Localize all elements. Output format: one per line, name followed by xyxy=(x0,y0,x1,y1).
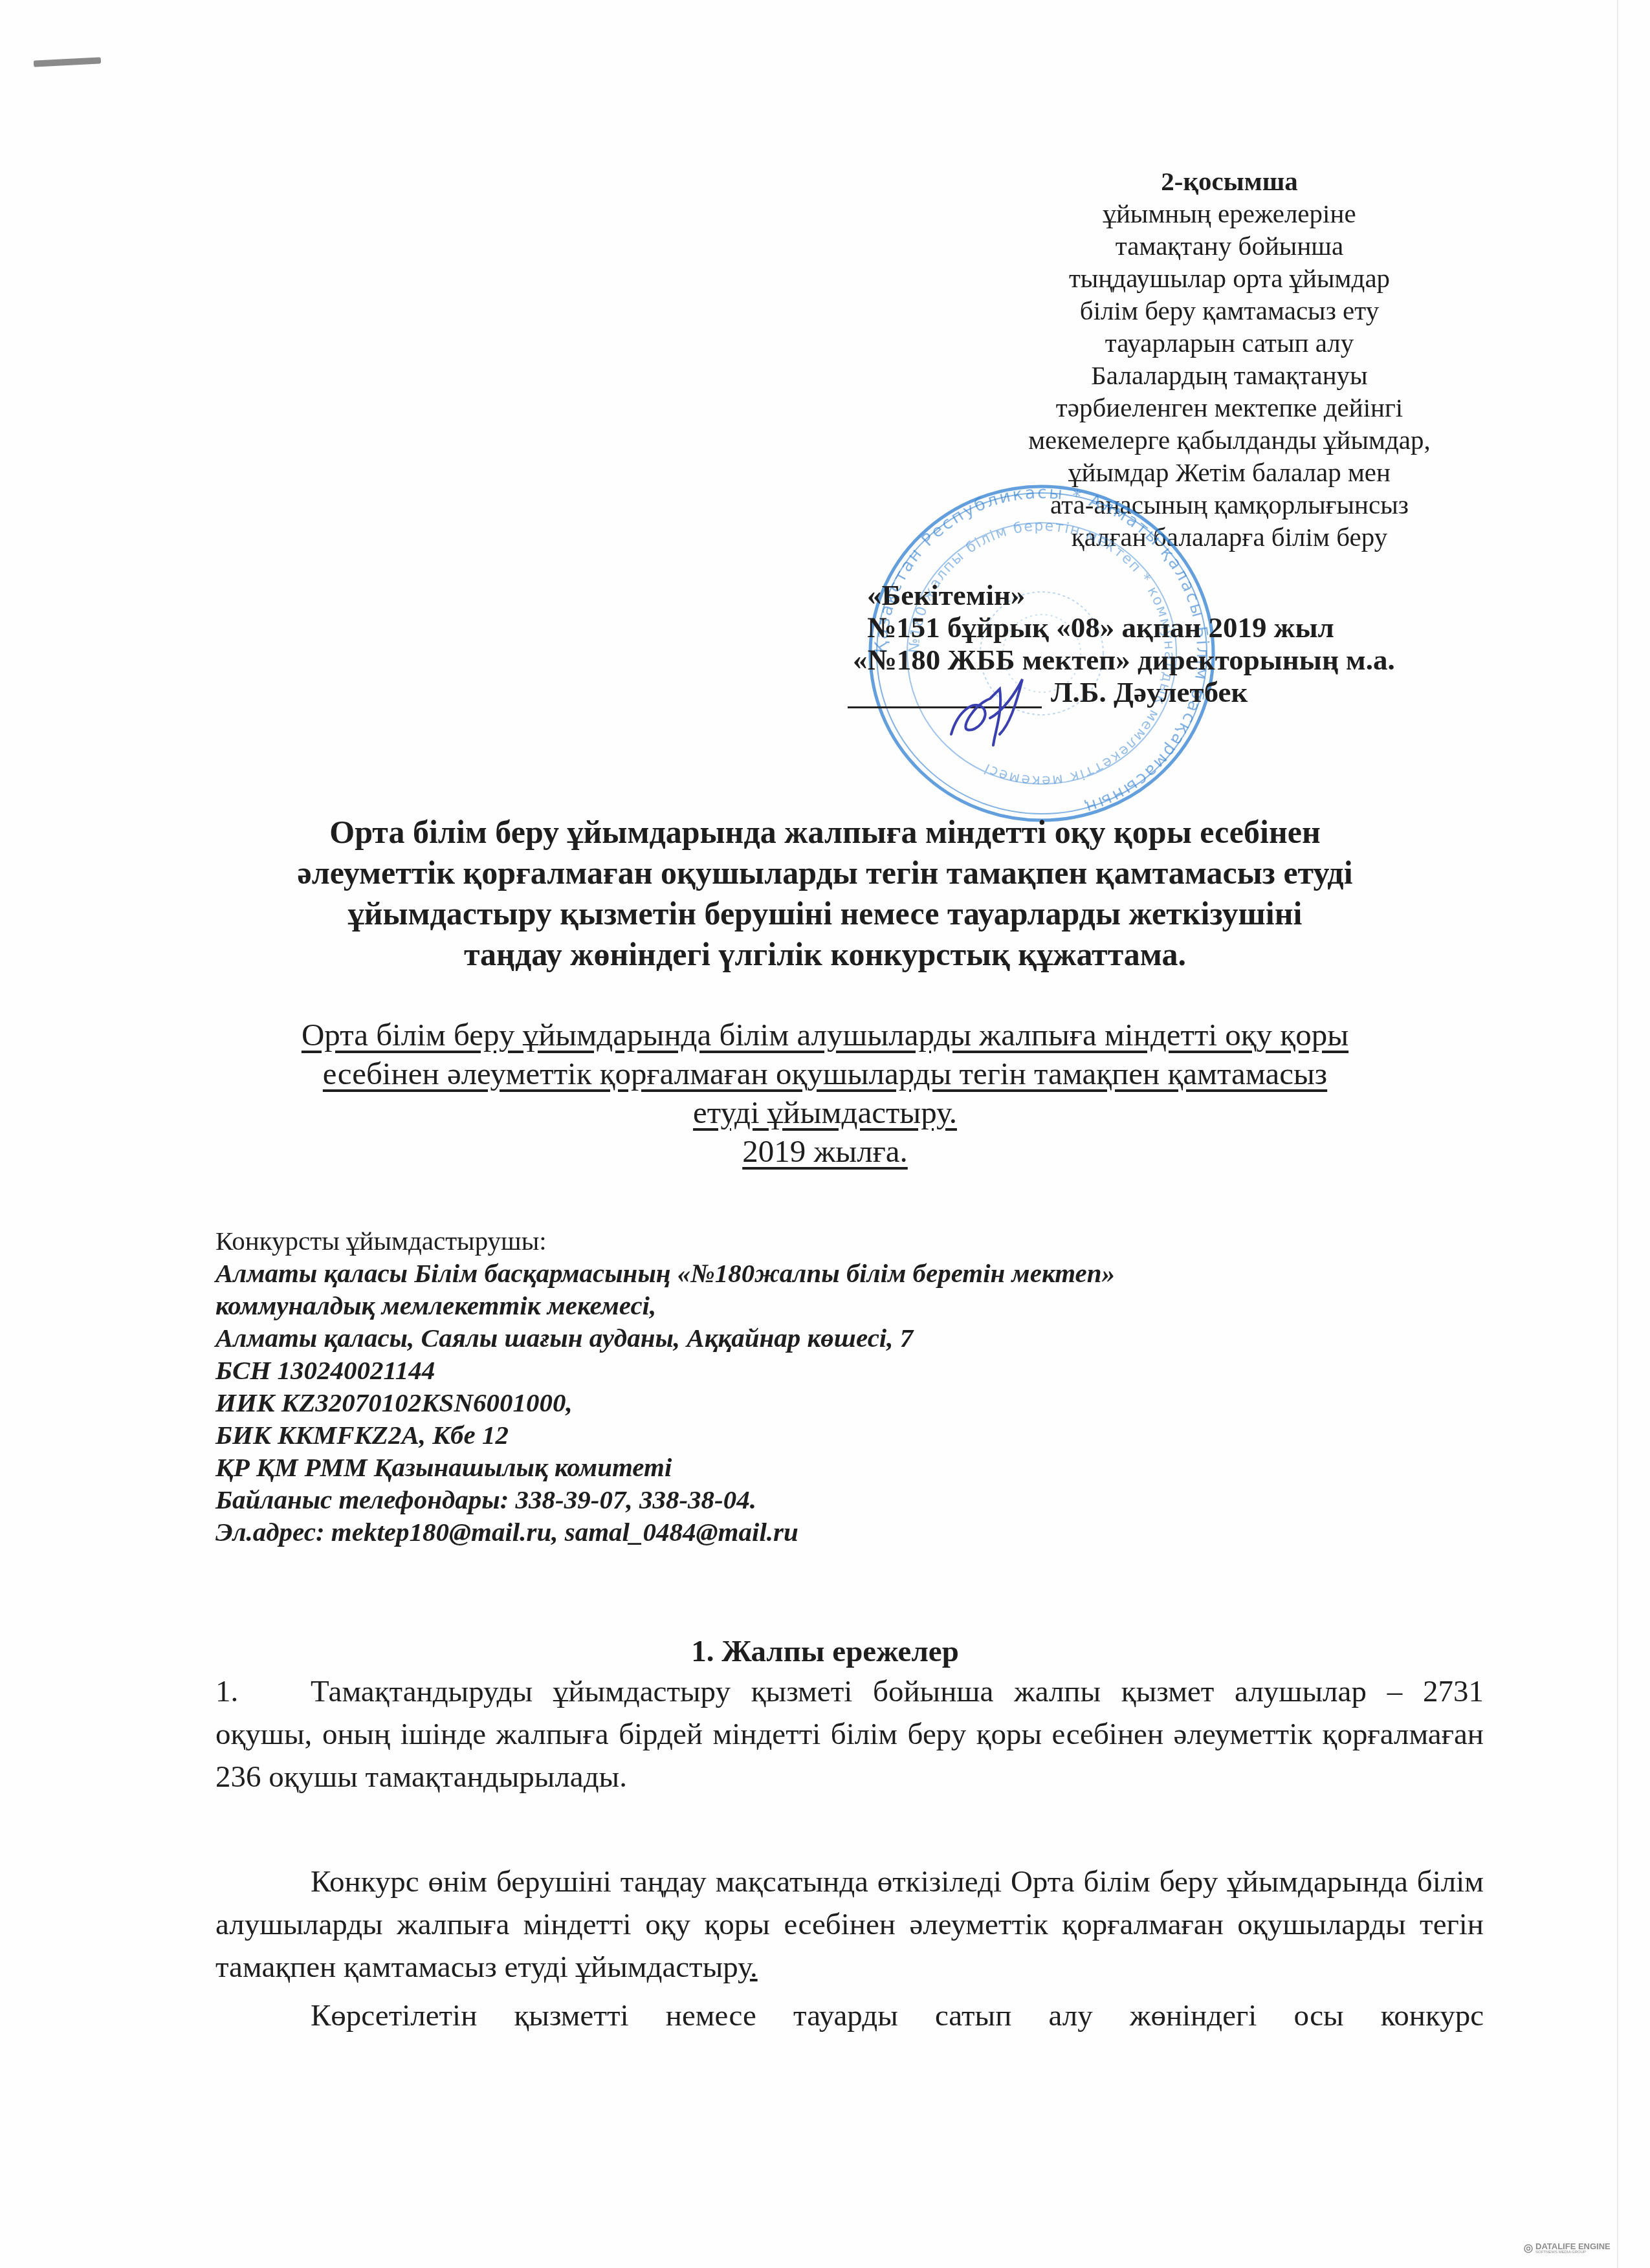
signatory-name: Л.Б. Дәулетбек xyxy=(1051,676,1248,708)
paragraph-text: Тамақтандыруды ұйымдастыру қызметі бойын… xyxy=(215,1675,1484,1794)
subtitle-line: есебінен әлеуметтік қорғалмаған оқушылар… xyxy=(323,1056,1327,1091)
organizer-name: Алматы қаласы Білім басқармасының «№180ж… xyxy=(215,1257,1115,1289)
appendix-line: ұйымның ережелеріне xyxy=(990,197,1469,230)
watermark-title: DATALIFE ENGINE xyxy=(1535,2242,1611,2251)
watermark: DATALIFE ENGINE SOFTNEWS MEDIA GROUP xyxy=(1524,2242,1611,2255)
organizer-type: коммуналдық мемлекеттік мекемесі, xyxy=(215,1289,1115,1322)
page-edge xyxy=(1617,0,1618,2268)
subtitle-line: Орта білім беру ұйымдарында білім алушыл… xyxy=(302,1017,1348,1052)
appendix-line: Балалардың тамақтануы xyxy=(990,359,1469,391)
appendix-line: тәрбиеленген мектепке дейінгі xyxy=(990,391,1469,424)
subtitle-line: етуді ұйымдастыру. xyxy=(693,1095,957,1130)
approval-order: №151 бұйрық «08» ақпан 2019 жыл xyxy=(848,611,1395,644)
approval-label: «Бекітемін» xyxy=(848,579,1395,611)
paragraph-text: Көрсетілетін қызметті немесе тауарды сат… xyxy=(311,1999,1484,2033)
watermark-subtitle: SOFTNEWS MEDIA GROUP xyxy=(1535,2251,1611,2255)
paragraph-1: 1.Тамақтандыруды ұйымдастыру қызметі бой… xyxy=(215,1670,1484,1798)
section-heading: 1. Жалпы ережелер xyxy=(0,1633,1650,1670)
subtitle-year: 2019 жылға. xyxy=(742,1133,908,1169)
title-line: ұйымдастыру қызметін берушіні немесе тау… xyxy=(181,893,1469,934)
appendix-line: тыңдаушылар орта ұйымдар xyxy=(990,262,1469,294)
organizer-label: Конкурсты ұйымдастырушы: xyxy=(215,1225,1115,1257)
document-subtitle: Орта білім беру ұйымдарында білім алушыл… xyxy=(181,1016,1469,1171)
appendix-line: мекемелерге қабылданды ұйымдар, xyxy=(990,424,1469,456)
title-line: таңдау жөніндегі үлгілік конкурстық құжа… xyxy=(181,934,1469,975)
document-title: Орта білім беру ұйымдарында жалпыға мінд… xyxy=(181,812,1469,975)
scan-artifact xyxy=(34,57,101,67)
organizer-bin: БСН 130240021144 xyxy=(215,1354,1115,1386)
datalife-logo-icon xyxy=(1524,2244,1533,2253)
organizer-treasury: ҚР ҚМ РММ Қазынашылық комитеті xyxy=(215,1451,1115,1483)
title-line: әлеуметтік қорғалмаған оқушыларды тегін … xyxy=(181,853,1469,893)
organizer-address: Алматы қаласы, Саялы шағын ауданы, Аққай… xyxy=(215,1322,1115,1354)
organizer-bik: БИК KKMFKZ2A, Кбе 12 xyxy=(215,1419,1115,1451)
paragraph-2: Конкурс өнім берушіні таңдау мақсатында … xyxy=(215,1860,1484,1989)
paragraph-number: 1. xyxy=(215,1670,311,1713)
paragraph-3: Көрсетілетін қызметті немесе тауарды сат… xyxy=(215,1994,1484,2037)
approval-block: «Бекітемін» №151 бұйрық «08» ақпан 2019 … xyxy=(848,579,1395,708)
signature-icon xyxy=(938,673,1042,750)
appendix-line: тауарларын сатып алу xyxy=(990,327,1469,359)
organizer-phones: Байланыс телефондары: 338-39-07, 338-38-… xyxy=(215,1483,1115,1516)
appendix-line: тамақтану бойынша xyxy=(990,230,1469,262)
paragraph-text: Конкурс өнім берушіні таңдау мақсатында … xyxy=(215,1865,1484,1984)
appendix-line: білім беру қамтамасыз ету xyxy=(990,294,1469,327)
approval-position: «№180 ЖББ мектеп» директорының м.а. xyxy=(848,644,1395,676)
organizer-iik: ИИК KZ32070102KSN6001000, xyxy=(215,1386,1115,1419)
paragraph-end: . xyxy=(750,1950,758,1984)
organizer-block: Конкурсты ұйымдастырушы: Алматы қаласы Б… xyxy=(215,1225,1115,1548)
title-line: Орта білім беру ұйымдарында жалпыға мінд… xyxy=(181,812,1469,853)
appendix-number: 2-қосымша xyxy=(990,165,1469,197)
organizer-email[interactable]: Эл.адрес: mektep180@mail.ru, samal_0484@… xyxy=(215,1516,1115,1548)
